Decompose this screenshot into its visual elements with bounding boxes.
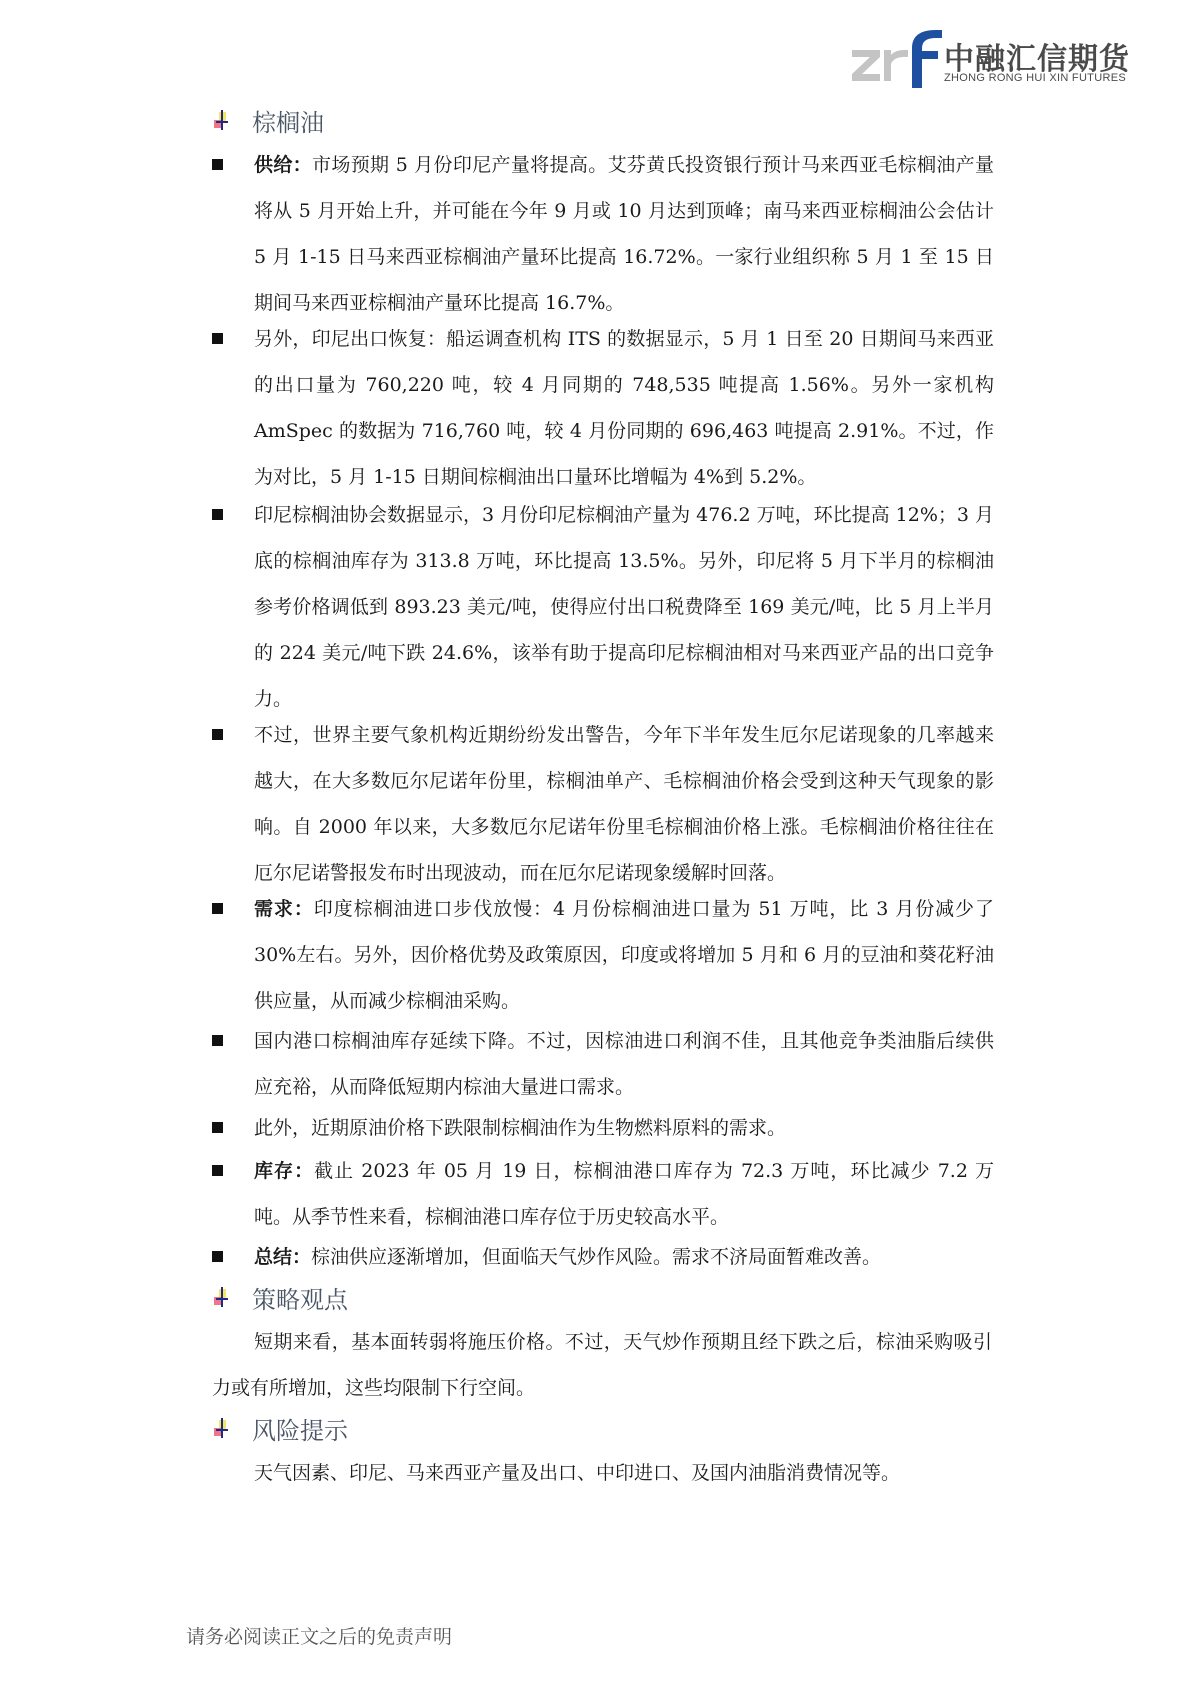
logo-english-name: ZHONG RONG HUI XIN FUTURES [944, 72, 1126, 84]
bullet-body: 截止 2023 年 05 月 19 日，棕榈油港口库存为 72.3 万吨，环比减… [254, 1160, 994, 1228]
square-bullet-icon [212, 509, 223, 520]
pushpin-bullet-icon [212, 108, 232, 132]
section-title: 策略观点 [252, 1280, 348, 1315]
square-bullet-icon [212, 903, 223, 914]
bullet-body: 另外，印尼出口恢复：船运调查机构 ITS 的数据显示，5 月 1 日至 20 日… [254, 328, 994, 488]
bullet-body: 棕油供应逐渐增加，但面临天气炒作风险。需求不济局面暂难改善。 [311, 1246, 881, 1268]
bullet-body: 此外，近期原油价格下跌限制棕榈油作为生物燃料原料的需求。 [254, 1117, 786, 1139]
square-bullet-icon [212, 1251, 223, 1262]
strategy-paragraph: 短期来看，基本面转弱将施压价格。不过，天气炒作预期且经下跌之后，棕油采购吸引力或… [212, 1319, 992, 1411]
section-title: 棕榈油 [252, 103, 324, 138]
pushpin-bullet-icon [212, 1285, 232, 1309]
risk-paragraph: 天气因素、印尼、马来西亚产量及出口、中印进口、及国内油脂消费情况等。 [212, 1450, 992, 1496]
bullet-label: 需求： [254, 898, 314, 920]
section-heading-risk: 风险提示 [212, 1410, 348, 1446]
bullet-label: 库存： [254, 1160, 314, 1182]
section-heading-strategy: 策略观点 [212, 1279, 348, 1315]
bullet-body: 市场预期 5 月份印尼产量将提高。艾芬黄氏投资银行预计马来西亚毛棕榈油产量将从 … [254, 154, 994, 314]
section-title: 风险提示 [252, 1411, 348, 1446]
company-logo: 中融汇信期货 ZHONG RONG HUI XIN FUTURES [850, 28, 1120, 88]
bullet-label: 供给： [254, 154, 312, 176]
bullet-body: 不过，世界主要气象机构近期纷纷发出警告，今年下半年发生厄尔尼诺现象的几率越来越大… [254, 724, 994, 884]
bullet-body: 印尼棕榈油协会数据显示，3 月份印尼棕榈油产量为 476.2 万吨，环比提高 1… [254, 504, 994, 710]
square-bullet-icon [212, 159, 223, 170]
pushpin-bullet-icon [212, 1416, 232, 1440]
footer-disclaimer: 请务必阅读正文之后的免责声明 [186, 1622, 452, 1649]
square-bullet-icon [212, 1035, 223, 1046]
zrf-logo-mark-icon [850, 28, 950, 88]
bullet-label: 总结： [254, 1246, 311, 1268]
section-heading-palm-oil: 棕榈油 [212, 102, 324, 138]
square-bullet-icon [212, 1122, 223, 1133]
square-bullet-icon [212, 1165, 223, 1176]
square-bullet-icon [212, 729, 223, 740]
bullet-body: 印度棕榈油进口步伐放慢：4 月份棕榈油进口量为 51 万吨，比 3 月份减少了 … [254, 898, 994, 1012]
square-bullet-icon [212, 333, 223, 344]
bullet-body: 国内港口棕榈油库存延续下降。不过，因棕油进口利润不佳，且其他竞争类油脂后续供应充… [254, 1030, 994, 1098]
